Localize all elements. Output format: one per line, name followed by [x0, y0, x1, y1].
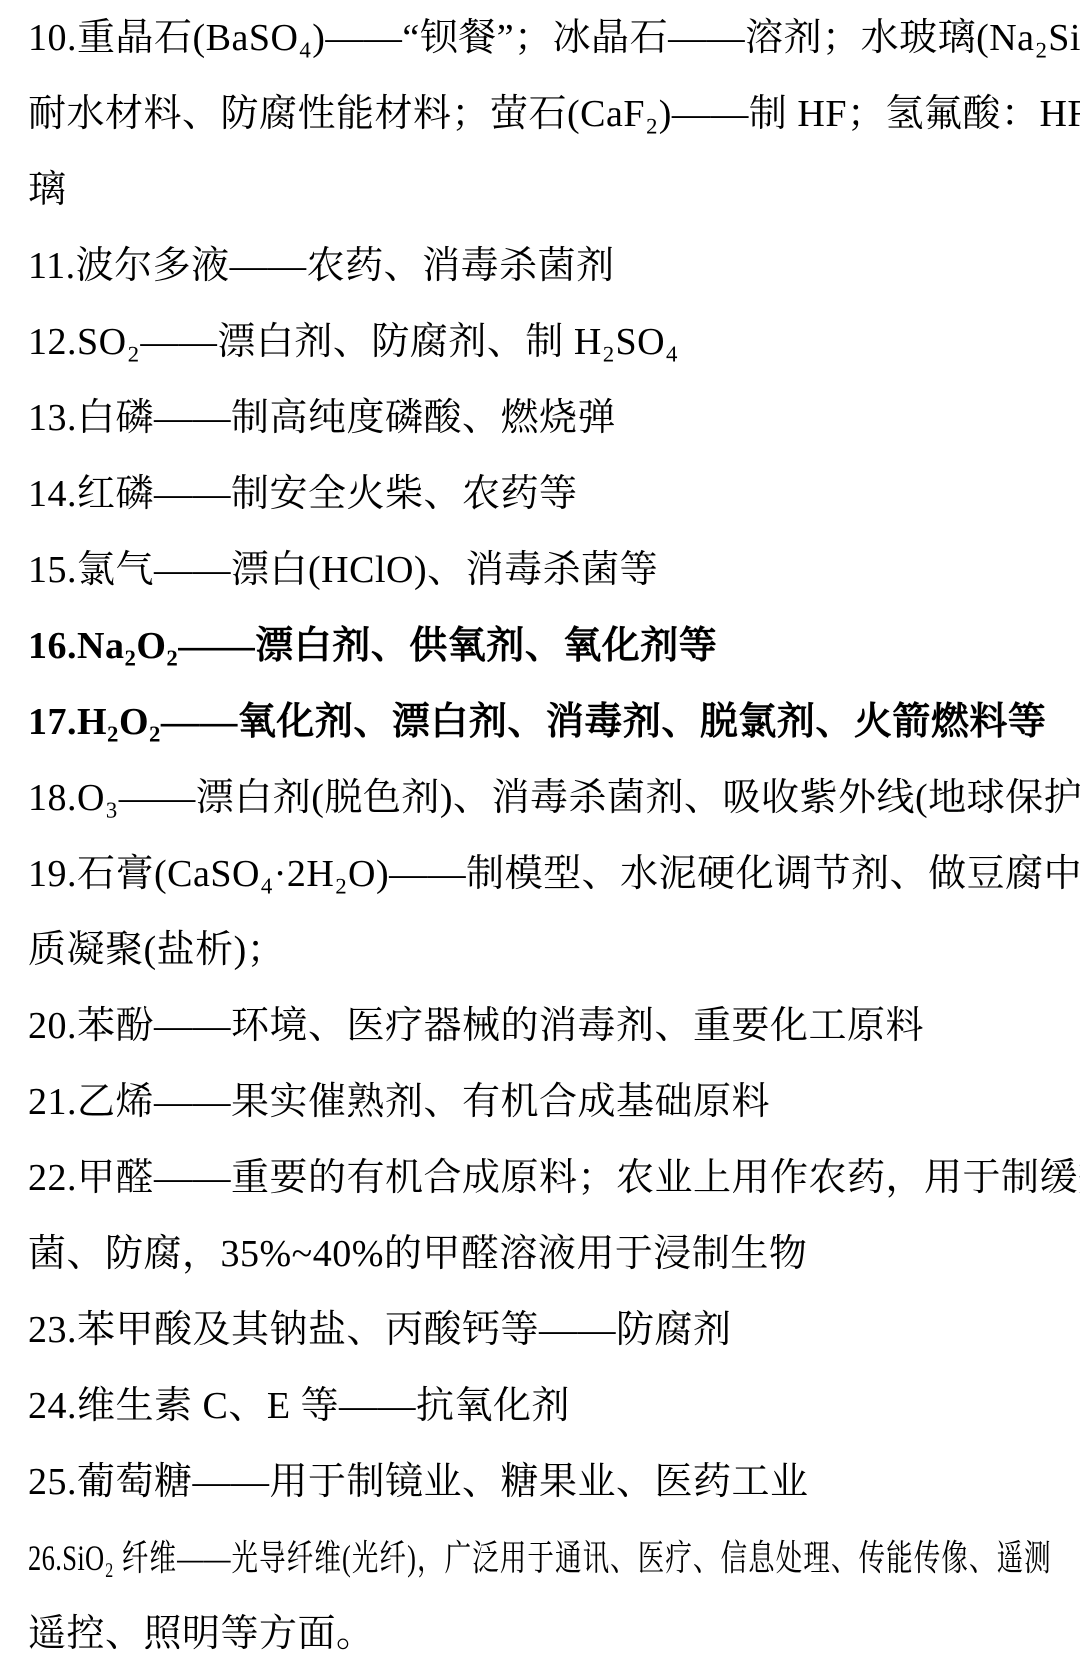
note-line: 质凝聚(盐析)；: [28, 912, 1052, 988]
note-line: 15.氯气——漂白(HClO)、消毒杀菌等: [28, 532, 1052, 608]
note-line: 17.H₂O₂——氧化剂、漂白剂、消毒剂、脱氯剂、火箭燃料等: [28, 684, 1052, 760]
note-line: 11.波尔多液——农药、消毒杀菌剂: [28, 228, 1052, 304]
note-line: 菌、防腐，35%~40%的甲醛溶液用于浸制生物: [28, 1216, 1052, 1292]
note-line: 遥控、照明等方面。: [28, 1596, 1052, 1672]
note-line: 13.白磷——制高纯度磷酸、燃烧弹: [28, 380, 1052, 456]
note-line: 耐水材料、防腐性能材料；萤石(CaF₂)——制 HF；氢氟酸：HF——腐蚀玻: [28, 76, 1052, 152]
chemistry-notes-document: 10.重晶石(BaSO₄)——“钡餐”；冰晶石——溶剂；水玻璃(Na₂SiO₃溶…: [0, 0, 1080, 1672]
note-line: 19.石膏(CaSO₄·2H₂O)——制模型、水泥硬化调节剂、做豆腐中用它使蛋白: [28, 836, 1052, 912]
note-line: 25.葡萄糖——用于制镜业、糖果业、医药工业: [28, 1444, 1052, 1520]
note-line: 14.红磷——制安全火柴、农药等: [28, 456, 1052, 532]
note-line: 12.SO₂——漂白剂、防腐剂、制 H₂SO₄: [28, 304, 1052, 380]
note-line: 璃: [28, 152, 1052, 228]
note-line: 16.Na₂O₂——漂白剂、供氧剂、氧化剂等: [28, 608, 1052, 684]
note-line: 10.重晶石(BaSO₄)——“钡餐”；冰晶石——溶剂；水玻璃(Na₂SiO₃溶…: [28, 0, 1052, 76]
note-line: 18.O₃——漂白剂(脱色剂)、消毒杀菌剂、吸收紫外线(地球保护伞): [28, 760, 1052, 836]
note-line: 26.SiO₂ 纤维——光导纤维(光纤)，广泛用于通讯、医疗、信息处理、传能传像…: [28, 1520, 1051, 1596]
note-line: 23.苯甲酸及其钠盐、丙酸钙等——防腐剂: [28, 1292, 1052, 1368]
note-line: 22.甲醛——重要的有机合成原料；农业上用作农药，用于制缓效肥料；杀: [28, 1140, 1052, 1216]
note-line: 20.苯酚——环境、医疗器械的消毒剂、重要化工原料: [28, 988, 1052, 1064]
note-line: 24.维生素 C、E 等——抗氧化剂: [28, 1368, 1052, 1444]
note-line: 21.乙烯——果实催熟剂、有机合成基础原料: [28, 1064, 1052, 1140]
